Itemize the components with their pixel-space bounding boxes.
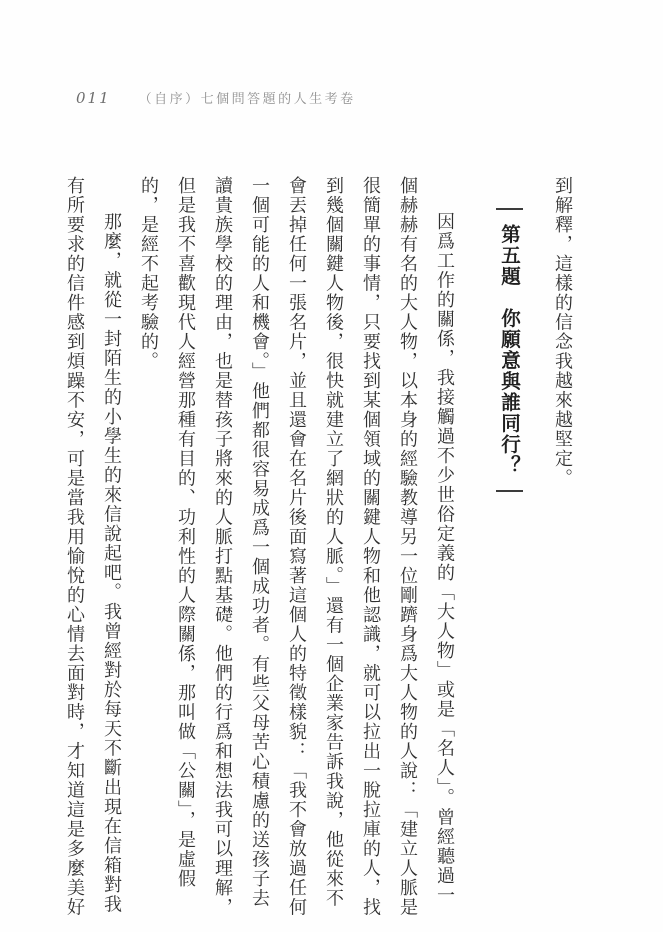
paragraph-1: 因爲工作的關係，我接觸過不少世俗定義的「大人物」或是「名人」。曾經聽過一個赫赫有… [130, 176, 463, 918]
book-page: 011 （自序）七個問答題的人生考卷 到解釋，這樣的信念我越來越堅定。 第五題 … [0, 0, 663, 932]
page-number: 011 [76, 89, 111, 107]
vertical-text-body: 到解釋，這樣的信念我越來越堅定。 第五題 你願意與誰同行？ 因爲工作的關係，我接… [56, 176, 581, 918]
section-heading-column: 第五題 你願意與誰同行？ [491, 176, 528, 918]
section-heading: 第五題 你願意與誰同行？ [496, 208, 523, 492]
page-header: 011 （自序）七個問答題的人生考卷 [76, 88, 356, 107]
running-title: （自序）七個問答題的人生考卷 [139, 88, 356, 107]
paragraph-2: 那麼，就從一封陌生的小學生的來信說起吧。我曾經對於每天不斷出現在信箱對我有所要求… [56, 176, 130, 918]
paragraph-continuation: 到解釋，這樣的信念我越來越堅定。 [544, 176, 581, 918]
